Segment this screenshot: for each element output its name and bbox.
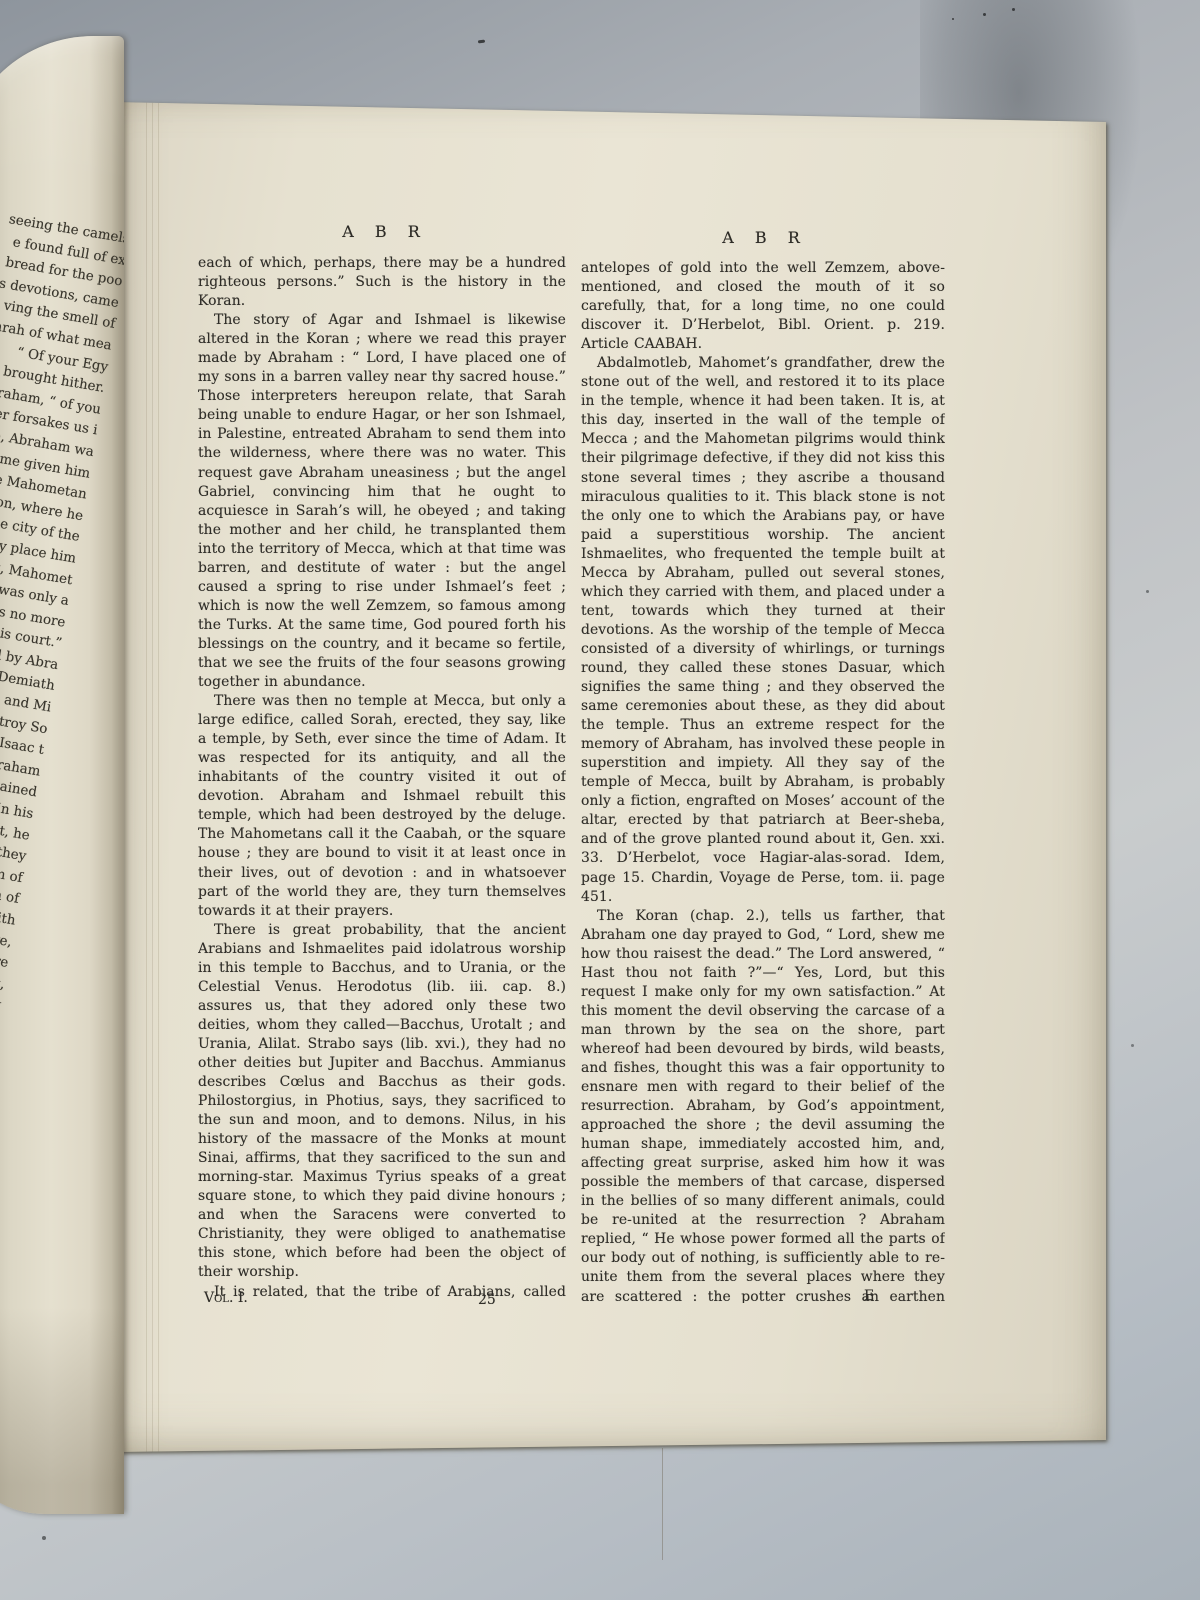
running-head-left: A B R xyxy=(305,222,465,241)
paragraph: The story of Agar and Ishmael is likewis… xyxy=(198,311,566,692)
text-column-right: antelopes of gold into the well Zemzem, … xyxy=(581,259,945,1303)
paragraph: Abdalmotleb, Mahomet’s grandfather, drew… xyxy=(581,354,945,906)
paragraph: It is related, that the tribe of Arabian… xyxy=(198,1283,566,1298)
paragraph: There is great probability, that the anc… xyxy=(198,921,566,1283)
paragraph: The Koran (chap. 2.), tells us farther, … xyxy=(581,907,945,1303)
book-page: A B R A B R each of which, perhaps, ther… xyxy=(112,96,1106,1452)
photo-background: A B R A B R each of which, perhaps, ther… xyxy=(0,0,1200,1600)
running-head-right: A B R xyxy=(685,228,845,247)
surface-speck xyxy=(478,40,485,44)
surface-speck xyxy=(42,1536,46,1540)
paragraph-continuation: each of which, perhaps, there may be a h… xyxy=(198,254,566,311)
surface-speck xyxy=(1131,1044,1134,1047)
signature-mark: E xyxy=(864,1288,874,1304)
paragraph-continuation: antelopes of gold into the well Zemzem, … xyxy=(581,259,945,354)
surface-speck xyxy=(983,13,986,16)
text-column-left: each of which, perhaps, there may be a h… xyxy=(198,254,566,1298)
previous-page-text-fragment: seeing the camels e found full of ex bre… xyxy=(0,194,124,1486)
surface-speck xyxy=(952,18,954,20)
paragraph: There was then no temple at Mecca, but o… xyxy=(198,692,566,921)
volume-label: Vol. I. xyxy=(204,1290,248,1306)
surface-scratch xyxy=(662,1448,663,1560)
surface-speck xyxy=(1146,590,1149,593)
surface-speck xyxy=(1012,8,1015,11)
book-page-shadow-wrap: A B R A B R each of which, perhaps, ther… xyxy=(112,96,1106,1452)
previous-page-curl: seeing the camels e found full of ex bre… xyxy=(0,36,124,1514)
page-stack-edges xyxy=(146,100,162,1456)
page-number: 25 xyxy=(478,1292,496,1308)
